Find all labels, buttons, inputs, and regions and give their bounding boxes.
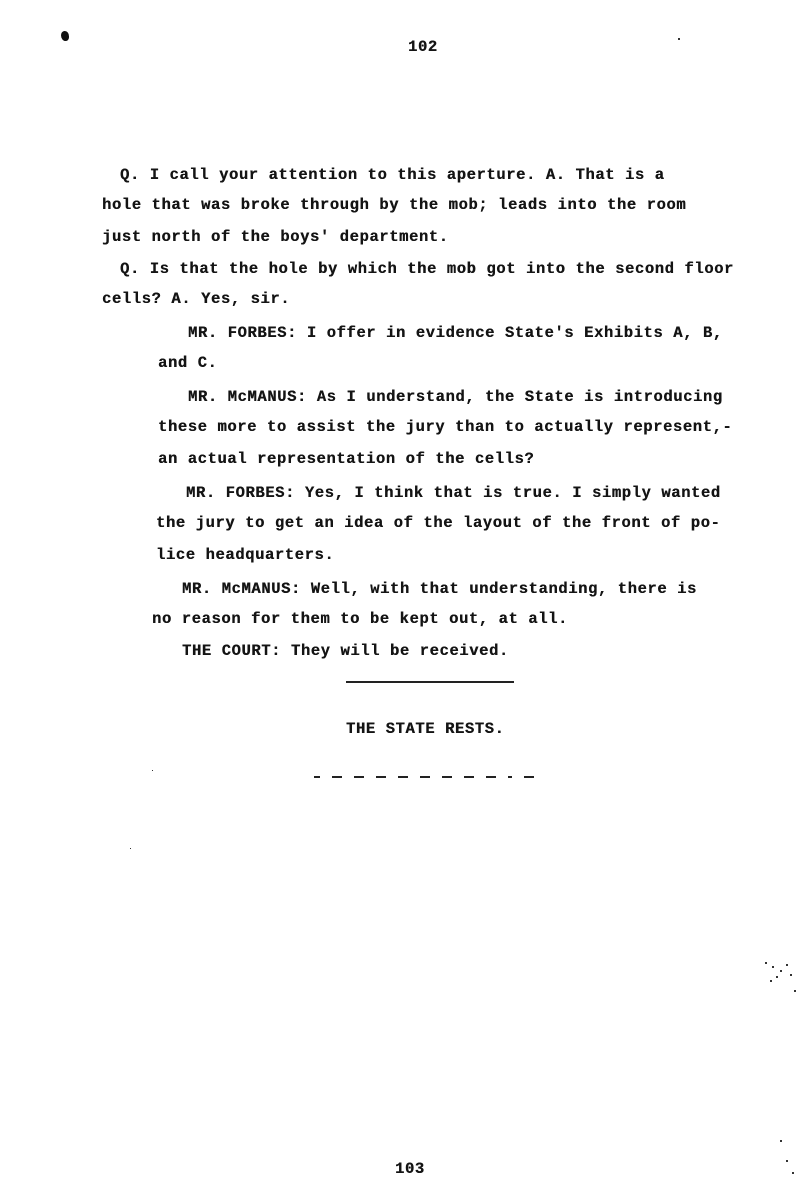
dashed-divider xyxy=(314,776,534,780)
speck xyxy=(152,770,153,771)
speck xyxy=(780,1140,782,1142)
transcript-line: Q. I call your attention to this apertur… xyxy=(120,168,665,184)
speck xyxy=(678,38,680,40)
transcript-line: hole that was broke through by the mob; … xyxy=(102,198,686,214)
speck xyxy=(786,1160,788,1162)
dash xyxy=(442,776,452,778)
transcript-line: MR. McMANUS: Well, with that understandi… xyxy=(182,582,697,598)
speck xyxy=(792,1172,794,1174)
transcript-page: 102 Q. I call your attention to this ape… xyxy=(0,0,800,1199)
dash xyxy=(486,776,496,778)
speck xyxy=(772,966,774,968)
dash xyxy=(376,776,386,778)
dash xyxy=(398,776,408,778)
speck xyxy=(130,848,131,849)
speck xyxy=(780,970,782,972)
transcript-line: MR. FORBES: Yes, I think that is true. I… xyxy=(186,486,721,502)
dash xyxy=(314,776,320,778)
transcript-line: MR. McMANUS: As I understand, the State … xyxy=(188,390,723,406)
transcript-line: Q. Is that the hole by which the mob got… xyxy=(120,262,734,278)
dash xyxy=(332,776,342,778)
transcript-line: THE COURT: They will be received. xyxy=(182,644,509,660)
page-number-top: 102 xyxy=(408,40,438,56)
transcript-line: and C. xyxy=(158,356,217,372)
closing-heading: THE STATE RESTS. xyxy=(346,722,504,738)
ink-blot-mark xyxy=(61,31,69,41)
page-number-bottom: 103 xyxy=(395,1162,425,1178)
transcript-line: these more to assist the jury than to ac… xyxy=(158,420,732,436)
transcript-line: MR. FORBES: I offer in evidence State's … xyxy=(188,326,723,342)
transcript-line: no reason for them to be kept out, at al… xyxy=(152,612,568,628)
dash xyxy=(464,776,474,778)
transcript-line: cells? A. Yes, sir. xyxy=(102,292,290,308)
speck xyxy=(794,990,796,992)
transcript-line: just north of the boys' department. xyxy=(102,230,449,246)
transcript-line: an actual representation of the cells? xyxy=(158,452,534,468)
speck xyxy=(765,962,767,964)
transcript-line: lice headquarters. xyxy=(156,548,334,564)
dash xyxy=(420,776,430,778)
speck xyxy=(776,976,778,978)
speck xyxy=(770,980,772,982)
speck xyxy=(786,964,788,966)
speck xyxy=(790,974,792,976)
dash xyxy=(524,776,534,778)
dash xyxy=(508,776,512,778)
section-divider-rule xyxy=(346,681,514,683)
transcript-line: the jury to get an idea of the layout of… xyxy=(156,516,720,532)
dash xyxy=(354,776,364,778)
